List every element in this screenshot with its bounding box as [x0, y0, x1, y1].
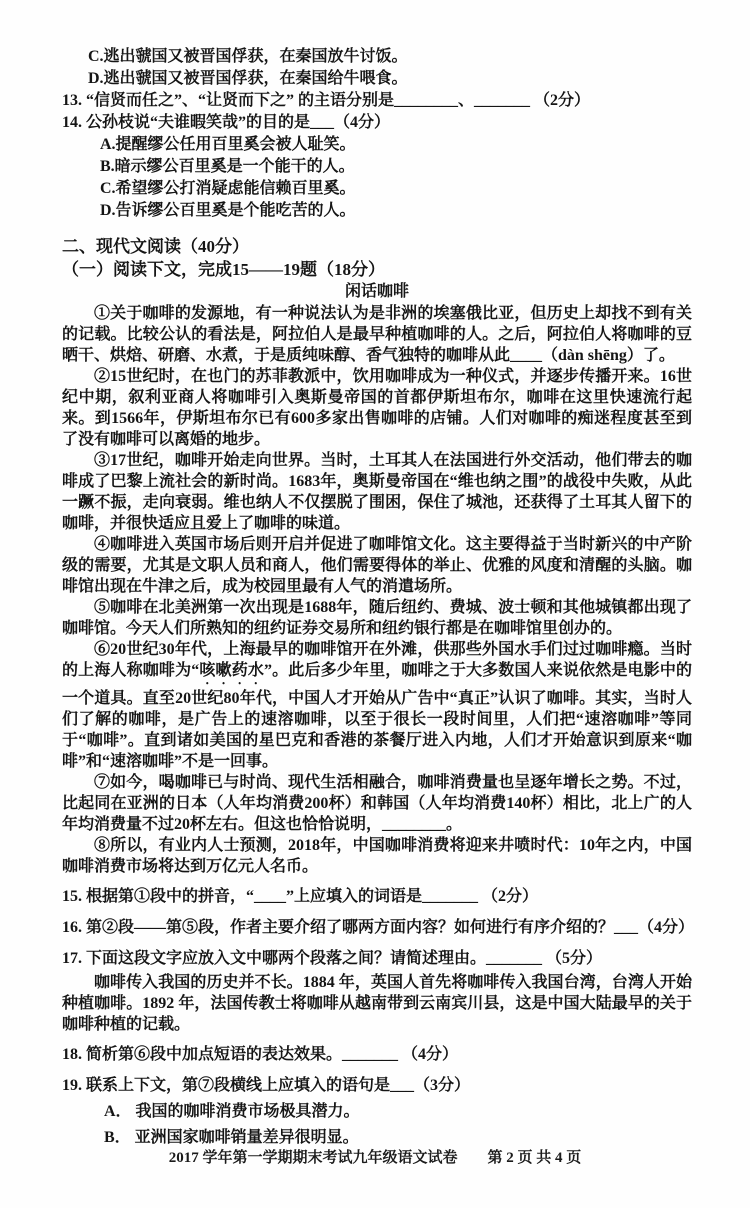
essay-title: 闲话咖啡	[62, 281, 692, 303]
exam-page: C.逃出虢国又被晋国俘获，在秦国放牛讨饭。 D.逃出虢国又被晋国俘获，在秦国给牛…	[0, 0, 750, 1208]
footer-page-number: 第 2 页 共 4 页	[488, 1146, 582, 1167]
footer-exam-title: 2017 学年第一学期期末考试九年级语文试卷	[169, 1146, 458, 1167]
section-2-heading: 二、现代文阅读（40分）	[62, 235, 692, 258]
question-19-options: A． 我国的咖啡消费市场极具潜力。 B． 亚洲国家咖啡销量差异很明显。	[104, 1100, 692, 1149]
question-17: 17. 下面这段文字应放入文中哪两个段落之间？请简述理由。_______ （5分…	[62, 948, 692, 970]
question-14-option-a: A.提醒缪公任用百里奚会被人耻笑。	[100, 134, 692, 156]
essay-paragraph-7: ⑦如今，喝咖啡已与时尚、现代生活相融合，咖啡消费量也呈逐年增长之势。不过，比起同…	[62, 772, 692, 835]
question-14-option-b: B.暗示缪公百里奚是一个能干的人。	[100, 156, 692, 178]
question-16: 16. 第②段——第⑤段，作者主要介绍了哪两方面内容？如何进行有序介绍的？___…	[62, 917, 692, 939]
question-19-stem: 19. 联系上下文，第⑦段横线上应填入的语句是___（3分）	[62, 1075, 692, 1097]
essay-paragraph-3: ③17世纪，咖啡开始走向世界。当时，土耳其人在法国进行外交活动，他们带去的咖啡成…	[62, 450, 692, 534]
essay-paragraph-6-dotted-phrase: 咳嗽药水	[199, 662, 264, 679]
essay-paragraph-4: ④咖啡进入英国市场后则开启并促进了咖啡馆文化。这主要得益于当时新兴的中产阶级的需…	[62, 534, 692, 597]
question12-option-d: D.逃出虢国又被晋国俘获，在秦国给牛喂食。	[88, 68, 692, 90]
question-15: 15. 根据第①段中的拼音，“____”上应填入的词语是_______ （2分）	[62, 886, 692, 908]
essay-paragraph-2: ②15世纪时，在也门的苏菲教派中，饮用咖啡成为一种仪式，并逐步传播开来。16世纪…	[62, 366, 692, 450]
question-14-option-c: C.希望缪公打消疑虑能信赖百里奚。	[100, 178, 692, 200]
section-2-subheading: （一）阅读下文，完成15——19题（18分）	[62, 258, 692, 281]
essay-paragraph-5: ⑤咖啡在北美洲第一次出现是1688年，随后纽约、费城、波士顿和其他城镇都出现了咖…	[62, 597, 692, 639]
question-17-insert-paragraph: 咖啡传入我国的历史并不长。1884 年，英国人首先将咖啡传入我国台湾，台湾人开始…	[62, 972, 692, 1035]
essay-paragraph-8: ⑧所以，有业内人士预测，2018年，中国咖啡消费将迎来井喷时代：10年之内，中国…	[62, 835, 692, 877]
essay-paragraph-1: ①关于咖啡的发源地，有一种说法认为是非洲的埃塞俄比亚，但历史上却找不到有关的记载…	[62, 303, 692, 366]
question-18: 18. 简析第⑥段中加点短语的表达效果。_______ （4分）	[62, 1044, 692, 1066]
question-14-stem: 14. 公孙枝说“夫谁暇笑哉”的目的是___（4分）	[62, 112, 692, 134]
question-14-options: A.提醒缪公任用百里奚会被人耻笑。 B.暗示缪公百里奚是一个能干的人。 C.希望…	[100, 134, 692, 222]
question-13: 13. “信贤而任之”、“让贤而下之” 的主语分别是________、_____…	[62, 90, 692, 112]
question-19-option-a: A． 我国的咖啡消费市场极具潜力。	[104, 1100, 692, 1123]
essay-paragraph-6: ⑥20世纪30年代，上海最早的咖啡馆开在外滩，供那些外国水手们过过咖啡瘾。当时的…	[62, 639, 692, 772]
question-14-option-d: D.告诉缪公百里奚是个能吃苦的人。	[100, 200, 692, 222]
question12-option-c: C.逃出虢国又被晋国俘获，在秦国放牛讨饭。	[88, 46, 692, 68]
page-footer: 2017 学年第一学期期末考试九年级语文试卷 第 2 页 共 4 页	[0, 1146, 750, 1167]
